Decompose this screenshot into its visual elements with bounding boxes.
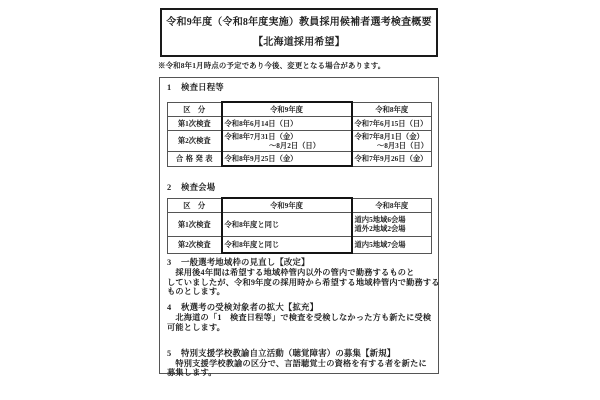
section-body-line: ものとします。 bbox=[167, 287, 436, 297]
venue-table: 区 分 令和9年度 令和8年度 第1次検査 令和8年度と同じ 道内5地域6会場 … bbox=[167, 197, 432, 254]
section-body-line: 可能とします。 bbox=[167, 323, 436, 333]
column-header-reiwa8: 令和8年度 bbox=[352, 198, 432, 212]
document-subtitle: 【北海道採用希望】 bbox=[253, 37, 345, 48]
section-body-line: 北海道の「1 検査日程等」で検査を受検しなかった方も新たに受検 bbox=[167, 313, 436, 323]
column-header-reiwa9: 令和9年度 bbox=[222, 198, 352, 212]
section-heading-special-support: 5 特別支援学校教諭自立活動（聴覚障害）の募集【新規】 bbox=[167, 349, 436, 359]
venue-line: 道内5地域6会場 bbox=[355, 215, 432, 224]
reiwa8-cell: 道内5地域6会場 道外2地域2会場 bbox=[352, 212, 432, 236]
document-title: 令和9年度（令和8年度実施）教員採用候補者選考検査概要 bbox=[166, 17, 431, 28]
section-number: 3 bbox=[167, 258, 181, 268]
reiwa9-cell: 令和8年9月25日（金） bbox=[222, 151, 352, 166]
section-heading-regional-quota: 3 一般選考地域枠の見直し【改定】 bbox=[167, 258, 436, 268]
reiwa8-cell: 令和7年8月1日（金） ～8月3日（日） bbox=[352, 130, 432, 151]
table-row: 第2次検査 令和8年7月31日（金） ～8月2日（日） 令和7年8月1日（金） … bbox=[168, 130, 432, 151]
section-body-line: 募集します。 bbox=[167, 368, 436, 378]
document-title-box: 令和9年度（令和8年度実施）教員採用候補者選考検査概要 【北海道採用希望】 bbox=[160, 8, 438, 57]
section-number: 4 bbox=[167, 303, 181, 313]
row-label-cell: 合格発表 bbox=[168, 151, 222, 166]
row-label-cell: 第1次検査 bbox=[168, 212, 222, 236]
table-row: 第2次検査 令和8年度と同じ 道内5地域7会場 bbox=[168, 236, 432, 253]
schedule-table: 区 分 令和9年度 令和8年度 第1次検査 令和8年6月14日（日） 令和7年6… bbox=[167, 101, 432, 167]
section-title: 特別支援学校教諭自立活動（聴覚障害）の募集【新規】 bbox=[181, 349, 395, 359]
section-number: 5 bbox=[167, 349, 181, 359]
section-body-line: 特別支援学校教諭の区分で、言語聴覚士の資格を有する者を新たに bbox=[167, 359, 436, 369]
section-body-line: 採用後4年間は希望する地域枠管内以外の管内で勤務するものと bbox=[167, 268, 436, 278]
revision-note: ※令和8年1月時点の予定であり今後、変更となる場合があります。 bbox=[158, 60, 385, 71]
column-header-category: 区 分 bbox=[168, 198, 222, 212]
reiwa9-cell: 令和8年度と同じ bbox=[222, 212, 352, 236]
reiwa8-cell: 令和7年6月15日（日） bbox=[352, 116, 432, 130]
section-heading-schedule: 1 検査日程等 bbox=[167, 83, 436, 93]
section-heading-venue: 2 検査会場 bbox=[167, 183, 436, 193]
reiwa9-cell: 令和8年6月14日（日） bbox=[222, 116, 352, 130]
reiwa8-cell: 道内5地域7会場 bbox=[352, 236, 432, 253]
table-header-row: 区 分 令和9年度 令和8年度 bbox=[168, 102, 432, 116]
table-row: 第1次検査 令和8年度と同じ 道内5地域6会場 道外2地域2会場 bbox=[168, 212, 432, 236]
table-row: 第1次検査 令和8年6月14日（日） 令和7年6月15日（日） bbox=[168, 116, 432, 130]
section-heading-autumn-selection: 4 秋選考の受検対象者の拡大【拡充】 bbox=[167, 303, 436, 313]
content-box: 1 検査日程等 区 分 令和9年度 令和8年度 第1次検査 令和8年6月14日（… bbox=[159, 77, 439, 374]
row-label-cell: 第1次検査 bbox=[168, 116, 222, 130]
reiwa8-cell: 令和7年9月26日（金） bbox=[352, 151, 432, 166]
section-number: 2 bbox=[167, 183, 181, 193]
venue-line: 道外2地域2会場 bbox=[355, 224, 432, 233]
reiwa9-cell: 令和8年7月31日（金） ～8月2日（日） bbox=[222, 130, 352, 151]
section-title: 秋選考の受検対象者の拡大【拡充】 bbox=[181, 303, 318, 313]
section-title: 検査日程等 bbox=[181, 83, 224, 93]
date-line: ～8月3日（日） bbox=[355, 141, 432, 150]
column-header-category: 区 分 bbox=[168, 102, 222, 116]
table-header-row: 区 分 令和9年度 令和8年度 bbox=[168, 198, 432, 212]
column-header-reiwa8: 令和8年度 bbox=[352, 102, 432, 116]
table-row: 合格発表 令和8年9月25日（金） 令和7年9月26日（金） bbox=[168, 151, 432, 166]
section-body-line: していましたが、令和9年度の採用時から希望する地域枠管内で勤務する bbox=[167, 278, 436, 288]
column-header-reiwa9: 令和9年度 bbox=[222, 102, 352, 116]
row-label-cell: 第2次検査 bbox=[168, 130, 222, 151]
section-title: 一般選考地域枠の見直し【改定】 bbox=[181, 258, 310, 268]
section-number: 1 bbox=[167, 83, 181, 93]
section-title: 検査会場 bbox=[181, 183, 215, 193]
reiwa9-cell: 令和8年度と同じ bbox=[222, 236, 352, 253]
date-line: 令和8年7月31日（金） bbox=[225, 132, 351, 141]
date-line: ～8月2日（日） bbox=[225, 141, 351, 150]
row-label-cell: 第2次検査 bbox=[168, 236, 222, 253]
date-line: 令和7年8月1日（金） bbox=[355, 132, 432, 141]
